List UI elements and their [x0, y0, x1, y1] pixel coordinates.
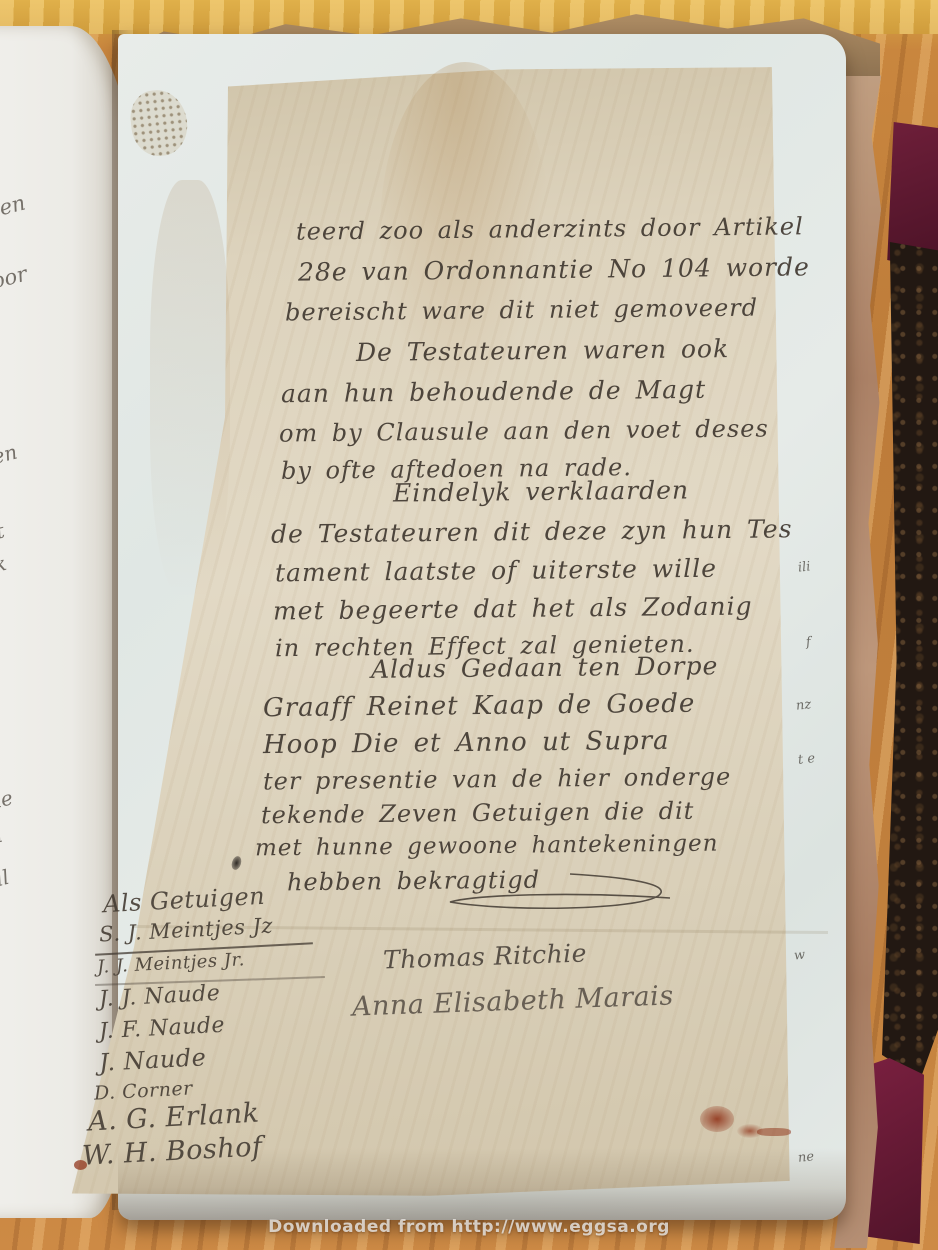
red-stain — [757, 1128, 791, 1136]
edge-text-mark: ili — [797, 559, 811, 575]
handwriting-line: Eindelyk verklaarden — [393, 475, 689, 507]
handwriting-line: Graaff Reinet Kaap de Goede — [263, 689, 696, 724]
watermark: Downloaded from http://www.eggsa.org — [0, 1217, 938, 1237]
edge-text-mark: w — [793, 947, 806, 963]
edge-text-mark: nz — [795, 697, 812, 714]
handwriting-line: om by Clausule aan den voet deses — [279, 414, 769, 447]
handwriting-line: 28e van Ordonnantie No 104 worde — [298, 252, 810, 286]
handwriting-line: teerd zoo als anderzints door Artikel — [296, 212, 804, 245]
red-stain — [700, 1106, 734, 1132]
signature-flourish — [420, 868, 690, 916]
handwriting-line: bereischt ware dit niet gemoveerd — [285, 294, 758, 327]
edge-text-mark: ne — [797, 1149, 815, 1166]
handwriting-line: aan hun behoudende de Magt — [281, 375, 706, 408]
handwriting-line: met begeerte dat het als Zodanig — [273, 591, 753, 625]
handwriting-line: tament laatste of uiterste wille — [275, 554, 717, 588]
handwriting-line: de Testateuren dit deze zyn hun Tes — [271, 514, 793, 548]
handwriting-line: Hoop Die et Anno ut Supra — [263, 726, 670, 760]
handwriting-line: tekende Zeven Getuigen die dit — [261, 797, 695, 830]
witness-signature: J. Naude — [98, 1043, 207, 1077]
handwriting-line: Aldus Gedaan ten Dorpe — [371, 651, 719, 684]
paper-stain — [150, 180, 230, 600]
handwriting-line: met hunne gewoone hantekeningen — [255, 831, 719, 862]
handwriting-line: De Testateuren waren ook — [356, 334, 729, 367]
handwriting-line: ter presentie van de hier onderge — [263, 763, 731, 796]
edge-text-mark: t e — [797, 751, 816, 768]
